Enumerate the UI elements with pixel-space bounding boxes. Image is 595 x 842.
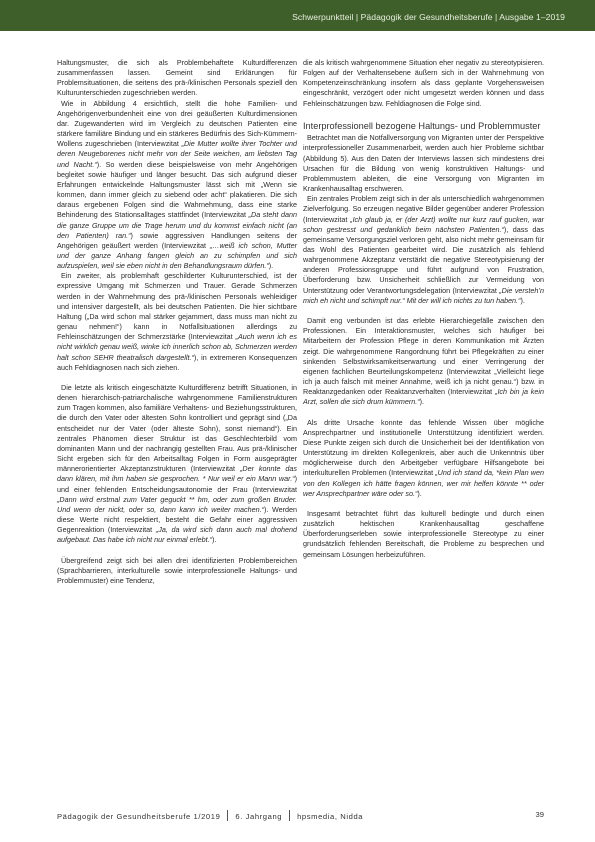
footer-volume: 6. Jahrgang (235, 812, 282, 821)
footer-divider (227, 810, 228, 821)
paragraph: Ein zentrales Problem zeigt sich in der … (303, 194, 544, 306)
footer-publisher: hpsmedia, Nidda (297, 812, 363, 821)
page-footer: Pädagogik der Gesundheitsberufe 1/20196.… (57, 810, 544, 821)
right-column: die als kritisch wahrgenommene Situation… (303, 58, 544, 560)
interview-quote: „Dann wird erstmal zum Vater geguckt ** … (57, 495, 297, 514)
paragraph: Ein zweiter, als problemhaft geschildert… (57, 271, 297, 373)
paragraph: Die letzte als kritisch eingeschätzte Ku… (57, 383, 297, 546)
paragraph: Insgesamt betrachtet führt das kulturell… (303, 509, 544, 560)
paragraph: die als kritisch wahrgenommene Situation… (303, 58, 544, 109)
paragraph: Betrachtet man die Notfallversorgung von… (303, 133, 544, 194)
page-number: 39 (536, 810, 544, 819)
left-column: Haltungsmuster, die sich als Problembeha… (57, 58, 297, 586)
footer-divider (289, 810, 290, 821)
paragraph: Damit eng verbunden ist das erlebte Hier… (303, 316, 544, 407)
footer-journal: Pädagogik der Gesundheitsberufe 1/2019 (57, 812, 220, 821)
paragraph: Übergreifend zeigt sich bei allen drei i… (57, 556, 297, 586)
running-head: Schwerpunktteil | Pädagogik der Gesundhe… (292, 12, 565, 22)
header-band: Schwerpunktteil | Pädagogik der Gesundhe… (0, 0, 595, 31)
paragraph: Als dritte Ursache konnte das fehlende W… (303, 418, 544, 499)
paragraph: Haltungsmuster, die sich als Problembeha… (57, 58, 297, 99)
section-heading: Interprofessionell bezogene Haltungs- un… (303, 121, 544, 133)
paragraph: Wie in Abbildung 4 ersichtlich, stellt d… (57, 99, 297, 272)
